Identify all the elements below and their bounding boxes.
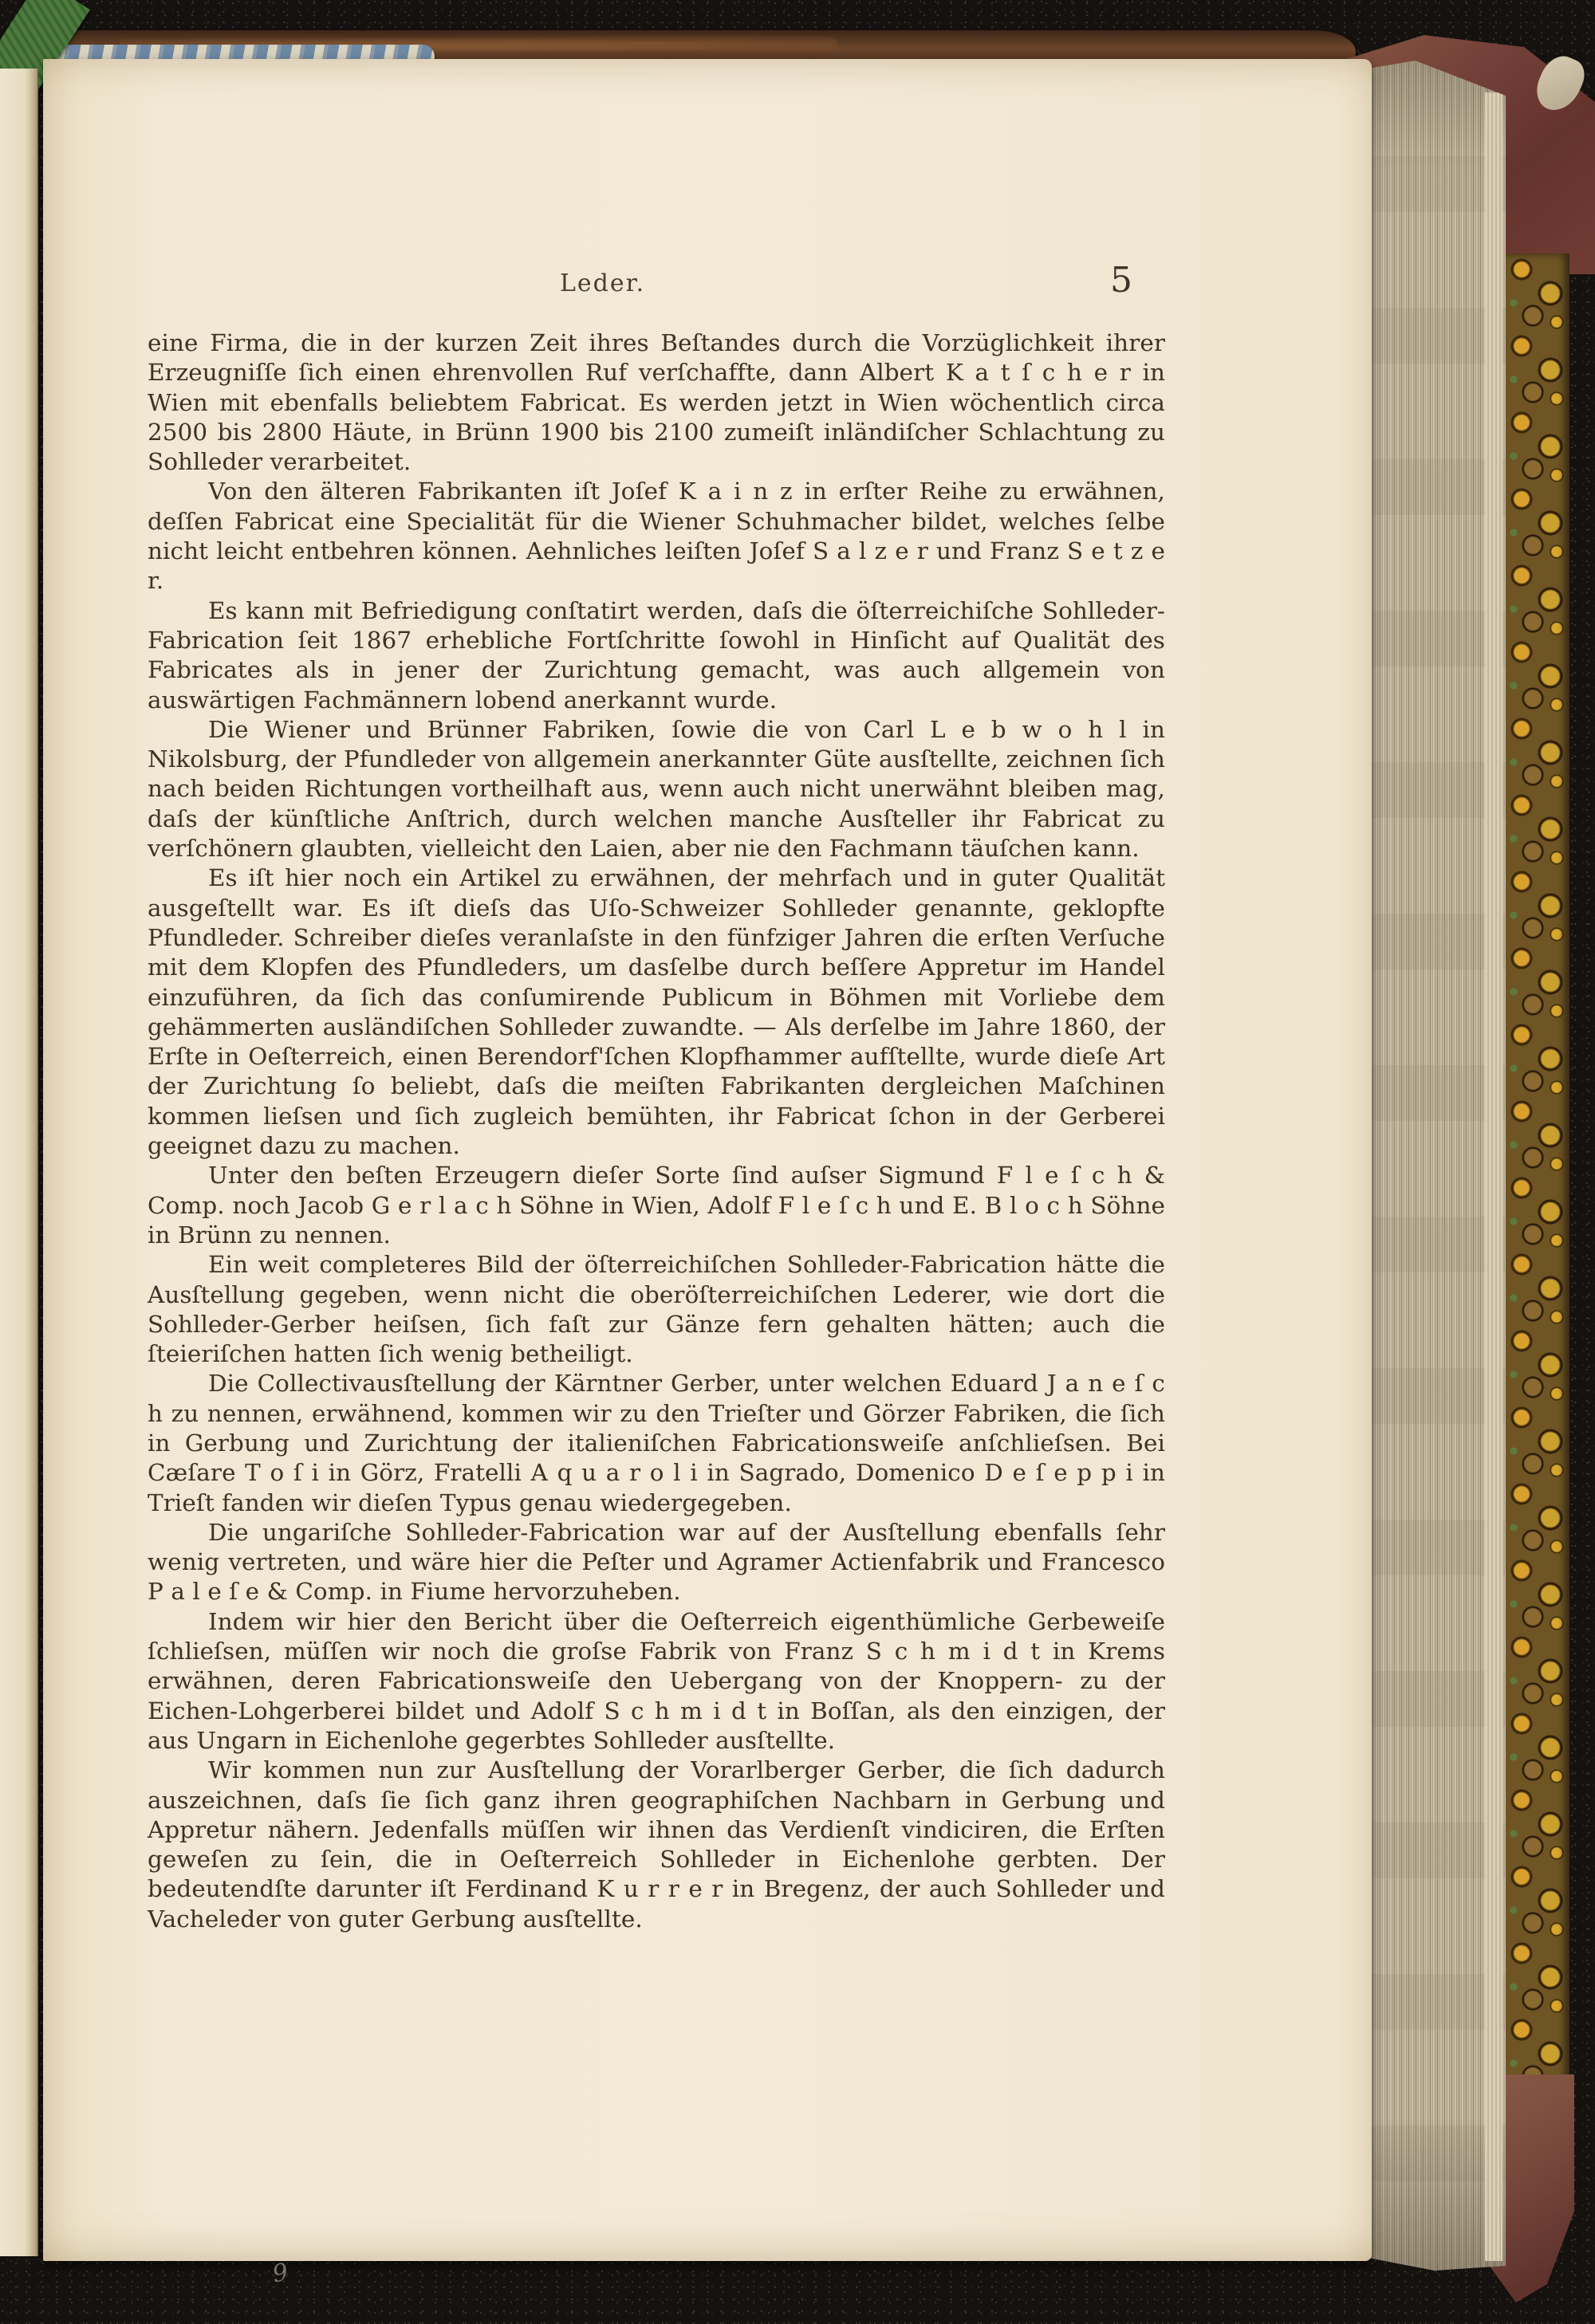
paragraph: Ein weit completeres Bild der öſterreich…	[148, 1250, 1165, 1369]
paragraph: Die Wiener und Brünner Fabriken, ſowie d…	[148, 715, 1165, 863]
marbled-cover-paper	[1504, 254, 1569, 2081]
paragraph: Indem wir hier den Bericht über die Oeſt…	[148, 1607, 1165, 1756]
running-title: Leder.	[560, 269, 645, 297]
previous-page-edge	[0, 69, 38, 2256]
paragraph: Es kann mit Befriedigung conſtatirt werd…	[148, 596, 1165, 715]
paragraph: Es iſt hier noch ein Artikel zu erwähnen…	[148, 863, 1165, 1161]
book-page: Leder. 5 eine Firma, die in der kurzen Z…	[43, 59, 1372, 2261]
handwritten-margin-mark: 9	[270, 2259, 290, 2289]
paragraph: Die Collectivausſtellung der Kärntner Ge…	[148, 1369, 1165, 1517]
paragraph: Von den älteren Fabrikanten iſt Joſef K …	[148, 477, 1165, 596]
scan-background: Leder. 5 eine Firma, die in der kurzen Z…	[0, 0, 1595, 2324]
paragraph: Unter den beſten Erzeugern dieſer Sorte …	[148, 1161, 1165, 1250]
page-block-fore-edge	[1369, 61, 1506, 2271]
body-text: eine Firma, die in der kurzen Zeit ihres…	[148, 328, 1165, 1934]
paragraph: eine Firma, die in der kurzen Zeit ihres…	[148, 328, 1165, 477]
paragraph: Wir kommen nun zur Ausſtellung der Vorar…	[148, 1756, 1165, 1934]
page-number: 5	[1110, 260, 1132, 301]
paragraph: Die ungariſche Sohlleder-Fabrication war…	[148, 1518, 1165, 1607]
